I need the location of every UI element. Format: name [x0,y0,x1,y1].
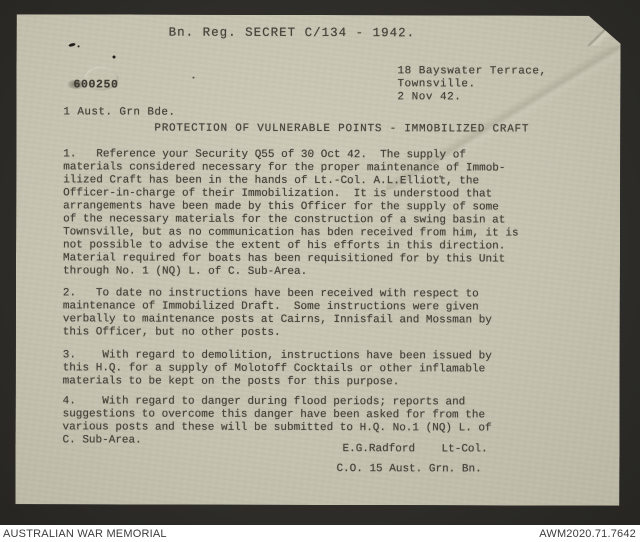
scan-background: Bn. Reg. SECRET C/134 - 1942. 600250 18 … [0,0,640,542]
paragraph-3: 3. With regard to demolition, instructio… [63,349,492,389]
paragraph-2: 2. To date no instructions have been rec… [63,287,492,340]
signature-name: E.G.Radford Lt-Col. [342,443,487,456]
sender-address: 18 Bayswater Terrace, Townsville. 2 Nov … [397,65,546,104]
paper-speck [78,45,80,47]
file-number: 600250 [73,78,118,91]
paper-speck [192,77,194,79]
paragraph-4: 4. With regard to danger during flood pe… [63,395,492,448]
footer-bar: AUSTRALIAN WAR MEMORIAL AWM2020.71.7642 [0,525,640,542]
paper-speck [113,55,116,58]
document-page: Bn. Reg. SECRET C/134 - 1942. 600250 18 … [15,14,620,506]
paragraph-1: 1. Reference your Security Q55 of 30 Oct… [63,148,519,279]
institution-label: AUSTRALIAN WAR MEMORIAL [3,528,167,540]
signature-title: C.O. 15 Aust. Grn. Bn. [336,463,481,476]
folded-corner [587,16,621,46]
document-title: PROTECTION OF VULNERABLE POINTS - IMMOBI… [154,123,529,137]
header-reference: Bn. Reg. SECRET C/134 - 1942. [169,27,416,41]
recipient-line: 1 Aust. Grn Bde. [63,106,175,119]
paper-speck [68,43,76,48]
catalog-number: AWM2020.71.7642 [539,528,636,540]
